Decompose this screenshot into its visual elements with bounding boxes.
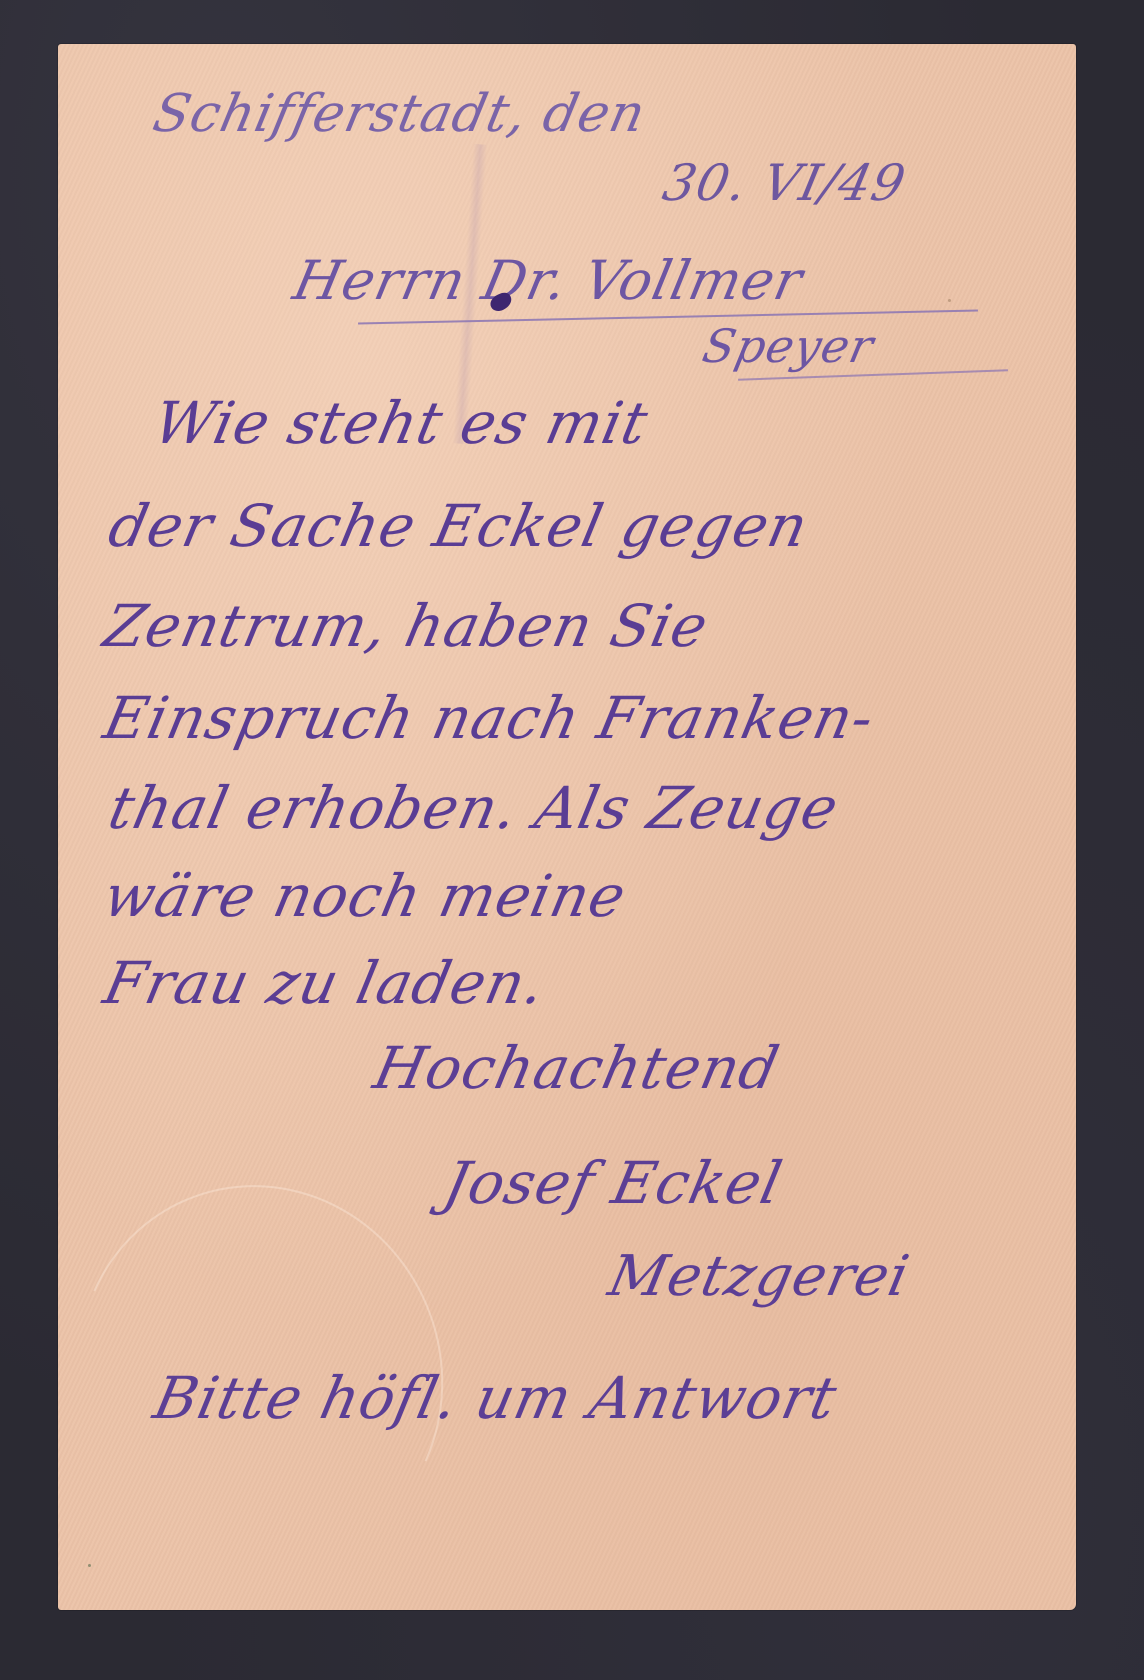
closing-salutation: Hochachtend (368, 1034, 785, 1102)
business-name: Metzgerei (603, 1244, 915, 1309)
body-line: Frau zu laden. (98, 949, 552, 1017)
body-line: wäre noch meine (98, 862, 632, 930)
body-line: Zentrum, haben Sie (98, 592, 714, 660)
signature: Josef Eckel (438, 1149, 788, 1217)
postscript: Bitte höfl. um Antwort (148, 1364, 843, 1432)
paper-speck (88, 1564, 91, 1567)
paper-speck (948, 299, 951, 302)
postcard: Schifferstadt, den 30. VI/49 Herrn Dr. V… (58, 44, 1076, 1610)
body-line: Einspruch nach Franken- (98, 684, 880, 752)
body-line: der Sache Eckel gegen (103, 492, 815, 560)
recipient-name: Herrn Dr. Vollmer (288, 249, 809, 312)
place-line: Schifferstadt, den (148, 84, 651, 144)
date-line: 30. VI/49 (658, 154, 911, 212)
body-line: Wie steht es mit (148, 389, 654, 457)
body-line: thal erhoben. Als Zeuge (103, 774, 845, 842)
recipient-city: Speyer (698, 319, 879, 373)
